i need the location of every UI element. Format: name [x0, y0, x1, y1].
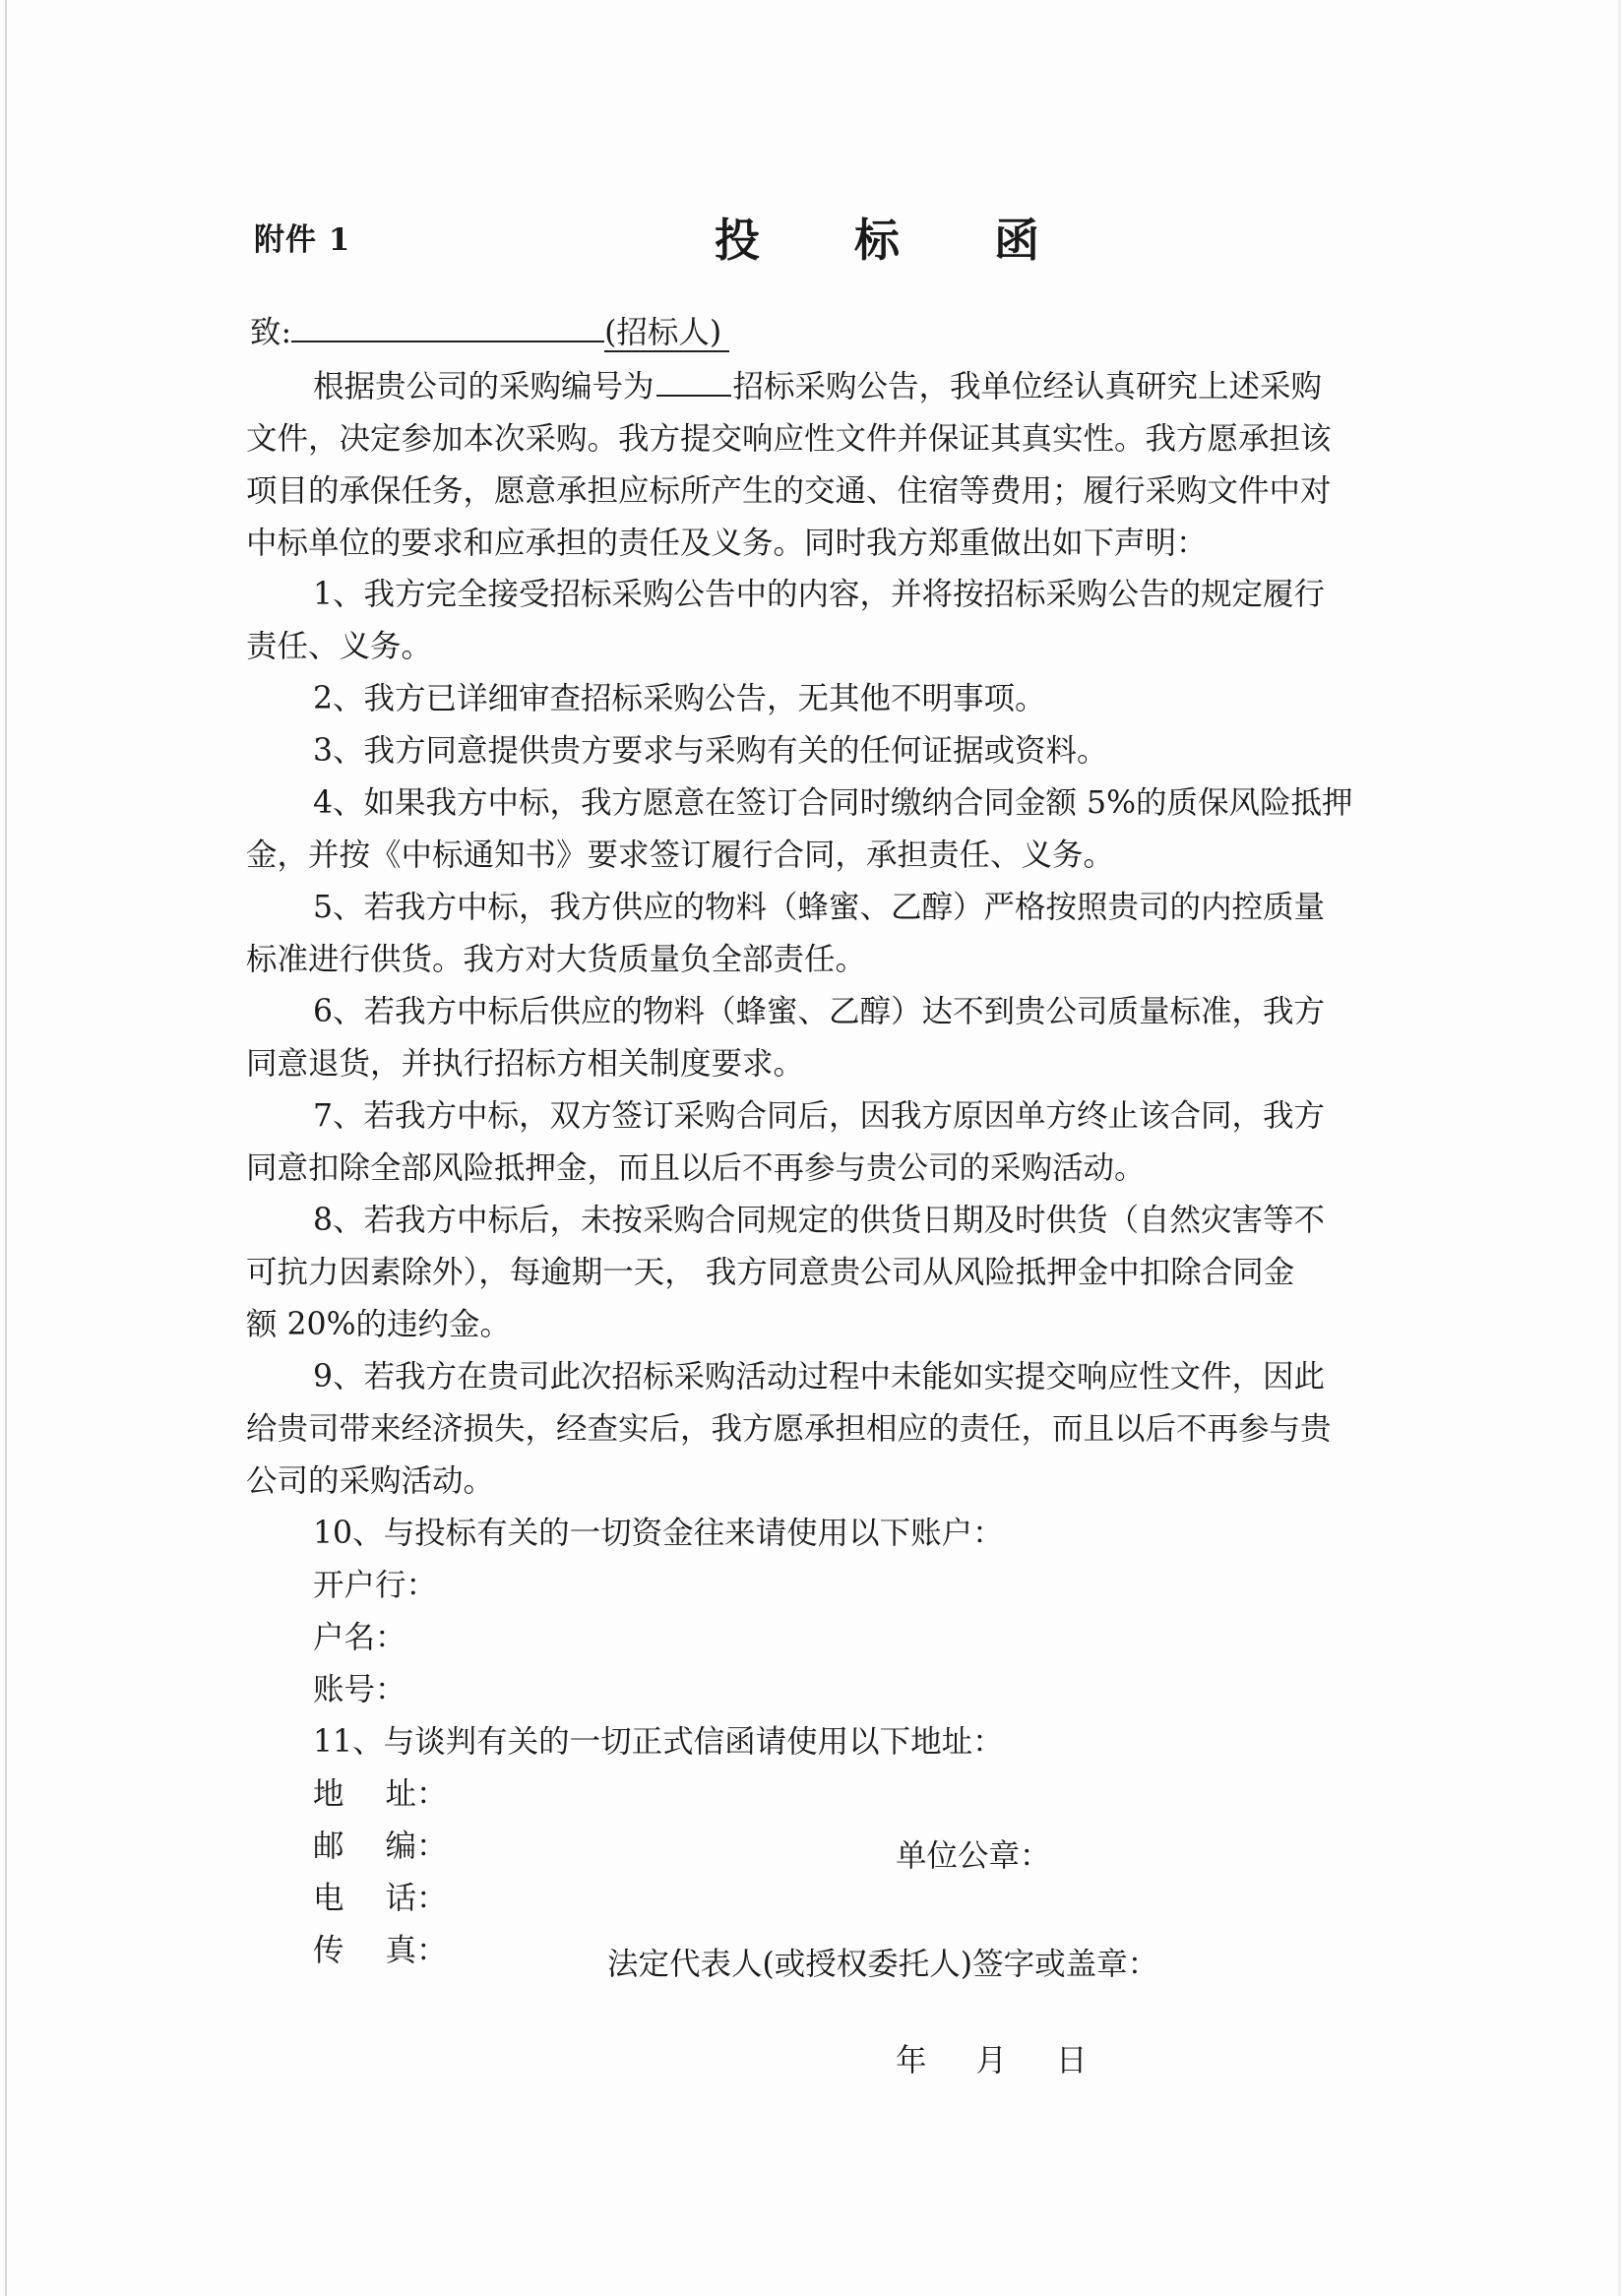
clause-7-line-1: 7、若我方中标，双方签订采购合同后，因我方原因单方终止该合同，我方 — [313, 1096, 1325, 1136]
date-month: 月 — [976, 2043, 1008, 2079]
clause-8-line-2: 可抗力因素除外），每逾期一天， 我方同意贵公司从风险抵押金中扣除合同金 — [246, 1253, 1378, 1292]
address-field[interactable]: 地址： — [313, 1774, 448, 1814]
clause-10-line-1: 10、与投标有关的一切资金往来请使用以下账户： — [313, 1514, 1004, 1553]
postcode-field[interactable]: 邮编： — [313, 1827, 448, 1866]
fax-label-a: 传 — [313, 1931, 386, 1970]
document-title: 投 标 函 — [715, 205, 1079, 270]
fax-field[interactable]: 传真： — [313, 1931, 448, 1970]
clause-4-line-2: 金，并按《中标通知书》要求签订履行合同，承担责任、义务。 — [246, 836, 1378, 875]
clause-4-line-1: 4、如果我方中标，我方愿意在签订合同时缴纳合同金额 5%的质保风险抵押 — [313, 783, 1353, 823]
bank-name-label: 开户行： — [313, 1568, 437, 1603]
addressee-prefix: 致: — [250, 315, 291, 350]
addressee-suffix: (招标人) — [604, 315, 729, 352]
date-year: 年 — [896, 2043, 927, 2079]
account-name-label: 户名： — [313, 1620, 406, 1655]
intro-line-3: 项目的承保任务，愿意承担应标所产生的交通、住宿等费用；履行采购文件中对 — [246, 471, 1378, 511]
clause-6-line-2: 同意退货，并执行招标方相关制度要求。 — [246, 1044, 1378, 1084]
company-seal-label: 单位公章： — [896, 1836, 1051, 1876]
intro-text: 根据贵公司的采购编号为 — [313, 369, 655, 404]
account-number-field[interactable]: 账号： — [313, 1670, 406, 1709]
clause-8-line-1: 8、若我方中标后，未按采购合同规定的供货日期及时供货（自然灾害等不 — [313, 1201, 1325, 1240]
procurement-number-blank[interactable] — [656, 367, 731, 397]
intro-line-1: 根据贵公司的采购编号为招标采购公告，我单位经认真研究上述采购 — [313, 367, 1322, 406]
clause-9-line-2: 给贵司带来经济损失，经查实后，我方愿承担相应的责任，而且以后不再参与贵 — [246, 1409, 1378, 1449]
date-line: 年月日 — [896, 2041, 1088, 2080]
clause-5-line-1: 5、若我方中标，我方供应的物料（蜂蜜、乙醇）严格按照贵司的内控质量 — [313, 888, 1325, 927]
postcode-label-a: 邮 — [313, 1827, 386, 1866]
clause-6-line-1: 6、若我方中标后供应的物料（蜂蜜、乙醇）达不到贵公司质量标准，我方 — [313, 992, 1325, 1031]
date-day: 日 — [1056, 2043, 1088, 2079]
scan-edge-line — [5, 0, 7, 2296]
intro-line-4: 中标单位的要求和应承担的责任及义务。同时我方郑重做出如下声明： — [246, 524, 1378, 563]
clause-3-line-1: 3、我方同意提供贵方要求与采购有关的任何证据或资料。 — [313, 731, 1108, 771]
legal-rep-signature-label: 法定代表人(或授权委托人)签字或盖章： — [607, 1945, 1158, 1984]
addressee-line: 致:(招标人) — [250, 313, 729, 352]
phone-label-a: 电 — [313, 1879, 386, 1918]
phone-label-b: 话： — [386, 1881, 448, 1916]
addressee-blank[interactable] — [291, 313, 604, 342]
phone-field[interactable]: 电话： — [313, 1879, 448, 1918]
bank-name-field[interactable]: 开户行： — [313, 1566, 437, 1605]
intro-text: 招标采购公告，我单位经认真研究上述采购 — [733, 369, 1323, 404]
clause-7-line-2: 同意扣除全部风险抵押金，而且以后不再参与贵公司的采购活动。 — [246, 1148, 1378, 1188]
fax-label-b: 真： — [386, 1933, 448, 1968]
clause-1-line-2: 责任、义务。 — [246, 627, 1378, 666]
postcode-label-b: 编： — [386, 1829, 448, 1864]
clause-9-line-1: 9、若我方在贵司此次招标采购活动过程中未能如实提交响应性文件，因此 — [313, 1357, 1325, 1396]
address-label-a: 地 — [313, 1774, 386, 1814]
clause-9-line-3: 公司的采购活动。 — [246, 1461, 1378, 1501]
clause-1-line-1: 1、我方完全接受招标采购公告中的内容，并将按招标采购公告的规定履行 — [313, 575, 1325, 614]
clause-5-line-2: 标准进行供货。我方对大货质量负全部责任。 — [246, 940, 1378, 979]
account-name-field[interactable]: 户名： — [313, 1618, 406, 1657]
clause-11-line-1: 11、与谈判有关的一切正式信函请使用以下地址： — [313, 1722, 1004, 1762]
clause-8-line-3: 额 20%的违约金。 — [246, 1305, 1378, 1344]
address-label-b: 址： — [386, 1776, 448, 1812]
clause-2-line-1: 2、我方已详细审查招标采购公告，无其他不明事项。 — [313, 679, 1046, 718]
attachment-label: 附件 1 — [254, 215, 350, 259]
intro-line-2: 文件，决定参加本次采购。我方提交响应性文件并保证其真实性。我方愿承担该 — [246, 419, 1378, 459]
account-number-label: 账号： — [313, 1672, 406, 1707]
